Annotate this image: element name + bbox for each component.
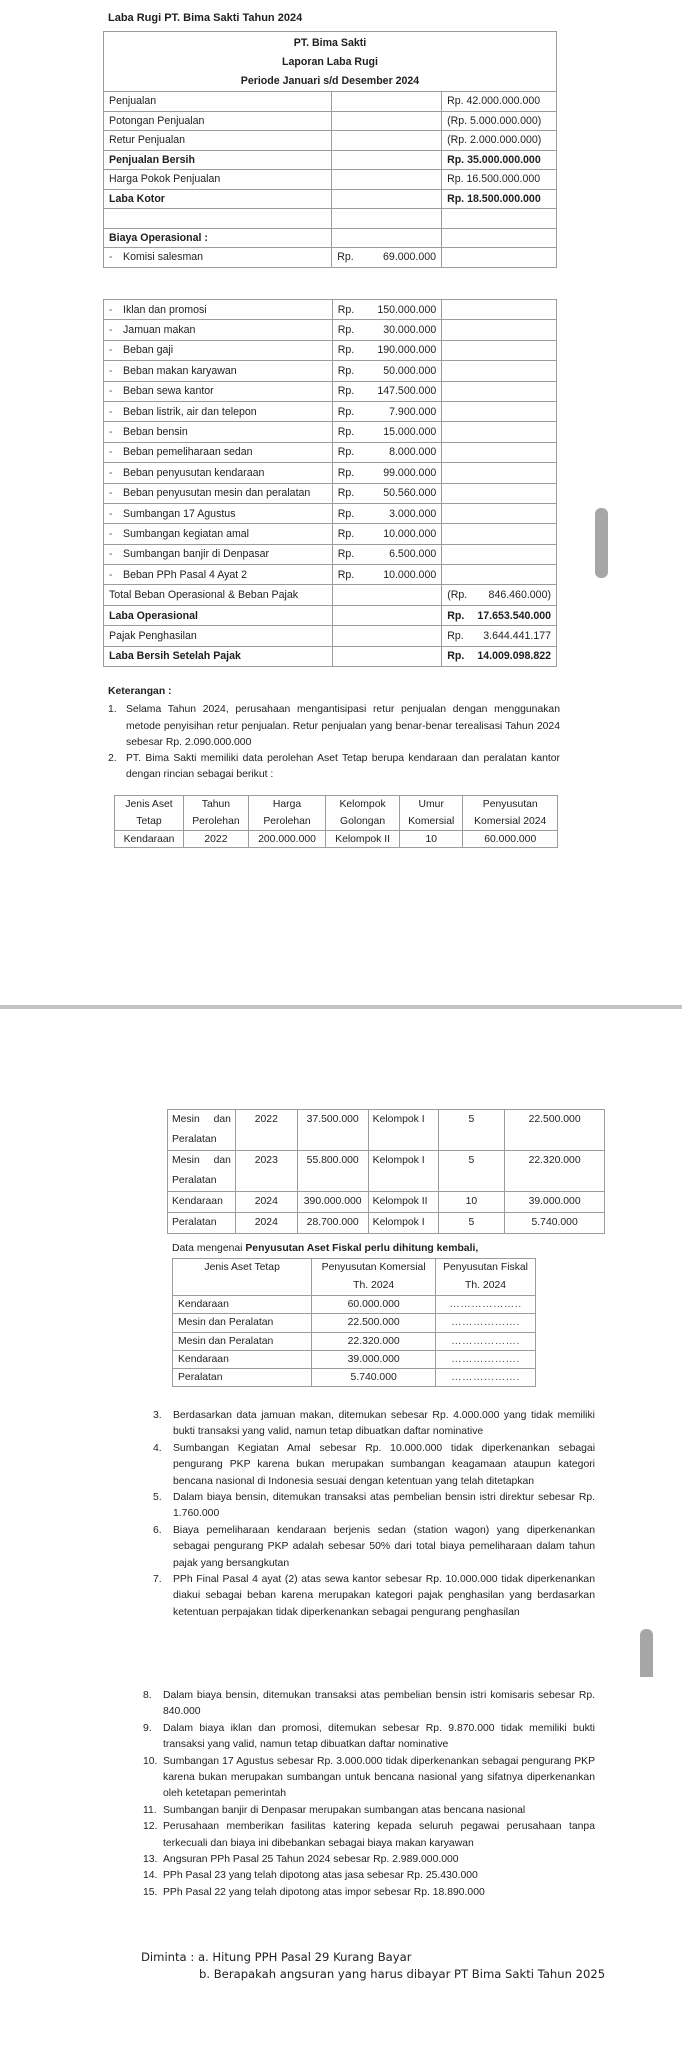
amount: Rp.14.009.098.822 <box>447 650 551 662</box>
income-statement-table: PT. Bima Sakti Laporan Laba Rugi Periode… <box>103 31 557 268</box>
column-header: Jenis AsetTetap <box>115 796 184 831</box>
amount-cell: Rp.150.000.000 <box>332 300 442 320</box>
amount: Rp.10.000.000 <box>338 528 437 540</box>
asset-header-row: Jenis AsetTetapTahunPerolehanHargaPerole… <box>115 796 558 831</box>
amount: Rp.8.000.000 <box>338 446 437 458</box>
note-item: 7.PPh Final Pasal 4 ayat (2) atas sewa k… <box>153 1572 595 1621</box>
row-label <box>104 209 332 229</box>
row-label: -Beban penyusutan kendaraan <box>104 463 333 483</box>
row-label-text: Beban PPh Pasal 4 Ayat 2 <box>123 569 247 581</box>
amount-cell: Rp.69.000.000 <box>332 248 442 268</box>
expense-row: -Beban penyusutan kendaraanRp.99.000.000 <box>104 463 557 483</box>
row-label-text: Komisi salesman <box>123 251 203 263</box>
note-item: 15.PPh Pasal 22 yang telah dipotong atas… <box>143 1885 595 1901</box>
currency-label: Rp. <box>338 426 355 438</box>
column-header: UmurKomersial <box>399 796 462 831</box>
currency-label: Rp. <box>338 446 355 458</box>
asset-cell: 55.800.000 <box>297 1151 368 1192</box>
word: dan <box>214 1151 231 1171</box>
asset-cell: 2022 <box>235 1110 297 1151</box>
statement-row: -Komisi salesmanRp.69.000.000 <box>104 248 557 268</box>
note-number: 7. <box>153 1572 162 1588</box>
amount: Rp.3.000.000 <box>338 508 437 520</box>
empty-cell <box>332 209 442 229</box>
amount-cell: Rp. 18.500.000.000 <box>442 189 557 209</box>
currency-label: Rp. <box>338 344 355 356</box>
row-label-text: Beban pemeliharaan sedan <box>123 446 253 458</box>
amount-value: 7.900.000 <box>389 406 436 418</box>
amount-cell: Rp.50.000.000 <box>332 361 442 381</box>
dash-icon: - <box>109 385 123 397</box>
asset-type: Kendaraan <box>173 1296 312 1314</box>
asset-type-line: Peralatan <box>172 1130 231 1150</box>
amount-value: 3.644.441.177 <box>483 630 551 642</box>
row-label-text: Sumbangan banjir di Denpasar <box>123 548 269 560</box>
amount-value: 10.000.000 <box>383 528 436 540</box>
scrollbar-thumb[interactable] <box>595 508 608 578</box>
note-item: 5.Dalam biaya bensin, ditemukan transaks… <box>153 1490 595 1523</box>
amount-cell: (Rp.846.460.000) <box>442 585 557 605</box>
amount-value: 6.500.000 <box>389 548 436 560</box>
expense-row: -Beban sewa kantorRp.147.500.000 <box>104 381 557 401</box>
empty-cell <box>332 626 442 646</box>
document-title: Laba Rugi PT. Bima Sakti Tahun 2024 <box>108 12 302 24</box>
header-line: Tahun <box>187 796 245 813</box>
header-line: Tetap <box>118 813 180 830</box>
amount: Rp.50.560.000 <box>338 487 437 499</box>
amount: Rp.6.500.000 <box>338 548 437 560</box>
note-number: 6. <box>153 1523 162 1539</box>
row-label-text: Penjualan <box>109 95 156 107</box>
asset-cell: Kelompok II <box>326 831 400 848</box>
row-label: -Beban pemeliharaan sedan <box>104 442 333 462</box>
dash-icon: - <box>109 508 123 520</box>
row-label: -Sumbangan kegiatan amal <box>104 524 333 544</box>
row-label: Pajak Penghasilan <box>104 626 333 646</box>
commercial-depreciation: 39.000.000 <box>312 1350 436 1368</box>
fiscal-header-row: Jenis Aset TetapPenyusutan KomersialTh. … <box>173 1259 536 1296</box>
note-item: 8.Dalam biaya bensin, ditemukan transaks… <box>143 1688 595 1721</box>
row-label-text: Pajak Penghasilan <box>109 630 197 642</box>
row-label: -Beban makan karyawan <box>104 361 333 381</box>
asset-type-cell: Kendaraan <box>168 1192 236 1213</box>
amount-value: 150.000.000 <box>377 304 436 316</box>
asset-row: Kendaraan2022200.000.000Kelompok II1060.… <box>115 831 558 848</box>
column-header: Penyusutan FiskalTh. 2024 <box>436 1259 536 1296</box>
currency-label: Rp. <box>338 304 355 316</box>
statement-row: PenjualanRp. 42.000.000.000 <box>104 92 557 112</box>
row-label: Laba Kotor <box>104 189 332 209</box>
row-label: -Komisi salesman <box>104 248 332 268</box>
asset-cell: 5 <box>438 1213 505 1234</box>
row-label-text: Beban sewa kantor <box>123 385 214 397</box>
currency-label: Rp. <box>447 630 464 642</box>
company-name: PT. Bima Sakti <box>109 34 551 53</box>
row-label: -Sumbangan banjir di Denpasar <box>104 544 333 564</box>
row-label-text: Potongan Penjualan <box>109 115 204 127</box>
row-label-text: Laba Bersih Setelah Pajak <box>109 650 241 662</box>
amount-cell: (Rp. 5.000.000.000) <box>442 111 557 131</box>
currency-label: Rp. <box>338 406 355 418</box>
row-label-text: Penjualan Bersih <box>109 154 195 166</box>
asset-cell: 390.000.000 <box>297 1192 368 1213</box>
amount-value: 8.000.000 <box>389 446 436 458</box>
amount: Rp.10.000.000 <box>338 569 437 581</box>
statement-header: PT. Bima Sakti Laporan Laba Rugi Periode… <box>104 32 557 92</box>
row-label-text: Laba Kotor <box>109 193 165 205</box>
note-text: Dalam biaya iklan dan promosi, ditemukan… <box>163 1723 595 1750</box>
currency-label: Rp. <box>338 569 355 581</box>
asset-row: Peralatan202428.700.000Kelompok I55.740.… <box>168 1213 605 1234</box>
fixed-asset-table-continued: MesindanPeralatan202237.500.000Kelompok … <box>167 1109 605 1234</box>
asset-type-cell: MesindanPeralatan <box>168 1110 236 1151</box>
note-text: Sumbangan Kegiatan Amal sebesar Rp. 10.0… <box>173 1443 595 1487</box>
empty-cell <box>442 463 557 483</box>
note-item: 9.Dalam biaya iklan dan promosi, ditemuk… <box>143 1721 595 1754</box>
note-number: 5. <box>153 1490 162 1506</box>
dash-icon: - <box>109 344 123 356</box>
asset-type-line: Mesindan <box>172 1110 231 1130</box>
asset-type-line: Mesindan <box>172 1151 231 1171</box>
header-line: Penyusutan Komersial <box>317 1259 430 1277</box>
row-label-text: Sumbangan kegiatan amal <box>123 528 249 540</box>
note-number: 12. <box>143 1819 157 1835</box>
row-label: -Sumbangan 17 Agustus <box>104 503 333 523</box>
empty-cell <box>442 524 557 544</box>
amount-cell: Rp.3.644.441.177 <box>442 626 557 646</box>
currency-label: Rp. <box>447 650 464 662</box>
note-number: 13. <box>143 1852 157 1868</box>
report-name: Laporan Laba Rugi <box>109 53 551 72</box>
currency-label: Rp. <box>338 508 355 520</box>
notes-list-final: 8.Dalam biaya bensin, ditemukan transaks… <box>143 1688 595 1901</box>
note-number: 11. <box>143 1803 157 1819</box>
asset-cell: 60.000.000 <box>463 831 558 848</box>
note-item: 2.PT. Bima Sakti memiliki data perolehan… <box>108 751 560 784</box>
fiscal-depreciation-table: Jenis Aset TetapPenyusutan KomersialTh. … <box>172 1258 536 1387</box>
empty-cell <box>442 565 557 585</box>
amount: Rp.190.000.000 <box>338 344 437 356</box>
note-text: Perusahaan memberikan fasilitas katering… <box>163 1821 595 1848</box>
header-line: Komersial 2024 <box>466 813 554 830</box>
asset-type: Peralatan <box>173 1369 312 1387</box>
page-separator <box>0 1005 682 1009</box>
amount: Rp.99.000.000 <box>338 467 437 479</box>
row-label-text: Total Beban Operasional & Beban Pajak <box>109 589 298 601</box>
header-line: Perolehan <box>252 813 322 830</box>
empty-cell <box>442 300 557 320</box>
report-period: Periode Januari s/d Desember 2024 <box>109 72 551 91</box>
amount-cell <box>442 248 557 268</box>
amount-value: 17.653.540.000 <box>477 610 551 622</box>
column-header: Jenis Aset Tetap <box>173 1259 312 1296</box>
fixed-asset-table: Jenis AsetTetapTahunPerolehanHargaPerole… <box>114 795 558 848</box>
amount-value: 190.000.000 <box>377 344 436 356</box>
column-header: KelompokGolongan <box>326 796 400 831</box>
asset-type: Mesin dan Peralatan <box>173 1314 312 1332</box>
note-number: 14. <box>143 1868 157 1884</box>
row-label: Laba Bersih Setelah Pajak <box>104 646 333 666</box>
note-item: 3.Berdasarkan data jamuan makan, ditemuk… <box>153 1408 595 1441</box>
fiscal-row: Kendaraan39.000.000………………. <box>173 1350 536 1368</box>
header-line: Penyusutan <box>466 796 554 813</box>
row-label: Total Beban Operasional & Beban Pajak <box>104 585 333 605</box>
empty-cell <box>442 381 557 401</box>
empty-cell <box>332 189 442 209</box>
column-header: TahunPerolehan <box>184 796 249 831</box>
dash-icon: - <box>109 467 123 479</box>
amount-cell: Rp.10.000.000 <box>332 565 442 585</box>
amount-value: 147.500.000 <box>377 385 436 397</box>
row-label: -Beban PPh Pasal 4 Ayat 2 <box>104 565 333 585</box>
word: Mesin <box>172 1110 200 1130</box>
note-text: PPh Pasal 22 yang telah dipotong atas im… <box>163 1887 485 1898</box>
dash-icon: - <box>109 365 123 377</box>
commercial-depreciation: 22.320.000 <box>312 1332 436 1350</box>
row-label: -Beban gaji <box>104 340 333 360</box>
row-label-text: Harga Pokok Penjualan <box>109 173 220 185</box>
empty-cell <box>332 170 442 190</box>
currency-label: Rp. <box>338 467 355 479</box>
asset-type: Kendaraan <box>173 1350 312 1368</box>
asset-type-line: Peralatan <box>172 1171 231 1191</box>
empty-cell <box>332 131 442 151</box>
amount-value: 846.460.000) <box>489 589 551 601</box>
asset-row: MesindanPeralatan202237.500.000Kelompok … <box>168 1110 605 1151</box>
amount: Rp.50.000.000 <box>338 365 437 377</box>
statement-row: Laba KotorRp. 18.500.000.000 <box>104 189 557 209</box>
header-line: Th. 2024 <box>317 1277 430 1295</box>
word: Mesin <box>172 1151 200 1171</box>
empty-cell <box>442 361 557 381</box>
asset-cell: 5 <box>438 1151 505 1192</box>
amount: Rp.17.653.540.000 <box>447 610 551 622</box>
asset-cell: 2022 <box>184 831 249 848</box>
statement-row: Biaya Operasional : <box>104 228 557 248</box>
word: dan <box>214 1110 231 1130</box>
note-item: 12.Perusahaan memberikan fasilitas kater… <box>143 1819 595 1852</box>
expense-row: -Beban penyusutan mesin dan peralatanRp.… <box>104 483 557 503</box>
amount-value: 50.560.000 <box>383 487 436 499</box>
expense-row: -Iklan dan promosiRp.150.000.000 <box>104 300 557 320</box>
asset-cell: Kelompok I <box>368 1110 438 1151</box>
expense-row: -Jamuan makanRp.30.000.000 <box>104 320 557 340</box>
statement-row: Potongan Penjualan(Rp. 5.000.000.000) <box>104 111 557 131</box>
header-line: Jenis Aset Tetap <box>178 1259 306 1277</box>
asset-row: MesindanPeralatan202355.800.000Kelompok … <box>168 1151 605 1192</box>
row-label-text: Beban bensin <box>123 426 188 438</box>
asset-cell: 10 <box>399 831 462 848</box>
currency-label: Rp. <box>338 528 355 540</box>
empty-cell <box>332 646 442 666</box>
note-number: 2. <box>108 751 117 767</box>
amount: Rp.147.500.000 <box>338 385 437 397</box>
amount-value: 14.009.098.822 <box>477 650 551 662</box>
currency-label: (Rp. <box>447 589 467 601</box>
amount-cell: Rp.8.000.000 <box>332 442 442 462</box>
amount-cell: Rp.190.000.000 <box>332 340 442 360</box>
header-line: Golongan <box>329 813 396 830</box>
task-a: Diminta : a. Hitung PPH Pasal 29 Kurang … <box>141 1949 605 1966</box>
row-label-text: Retur Penjualan <box>109 134 185 146</box>
amount: Rp.150.000.000 <box>338 304 437 316</box>
expense-row: -Beban PPh Pasal 4 Ayat 2Rp.10.000.000 <box>104 565 557 585</box>
header-line: Harga <box>252 796 322 813</box>
task-b: b. Berapakah angsuran yang harus dibayar… <box>141 1966 605 1983</box>
dash-icon: - <box>109 569 123 581</box>
note-number: 9. <box>143 1721 152 1737</box>
row-label: Penjualan Bersih <box>104 150 332 170</box>
row-label-text: Beban listrik, air dan telepon <box>123 406 257 418</box>
statement-row <box>104 209 557 229</box>
currency-label: Rp. <box>338 548 355 560</box>
amount: Rp.69.000.000 <box>337 251 436 263</box>
fiscal-row: Peralatan5.740.000………………. <box>173 1369 536 1387</box>
dash-icon: - <box>109 426 123 438</box>
dash-icon: - <box>109 304 123 316</box>
dash-icon: - <box>109 406 123 418</box>
note-number: 10. <box>143 1754 157 1770</box>
note-item: 1.Selama Tahun 2024, perusahaan menganti… <box>108 702 560 751</box>
amount-value: 69.000.000 <box>383 251 436 263</box>
notes-list-continued: 3.Berdasarkan data jamuan makan, ditemuk… <box>153 1408 595 1621</box>
fiscal-depreciation-caption: Data mengenai Penyusutan Aset Fiskal per… <box>172 1243 478 1254</box>
amount-cell: Rp.14.009.098.822 <box>442 646 557 666</box>
amount-cell: Rp.147.500.000 <box>332 381 442 401</box>
header-line: Perolehan <box>187 813 245 830</box>
note-item: 10.Sumbangan 17 Agustus sebesar Rp. 3.00… <box>143 1754 595 1803</box>
header-line: Komersial <box>403 813 459 830</box>
row-label: Retur Penjualan <box>104 131 332 151</box>
currency-label: Rp. <box>337 251 354 263</box>
summary-row: Laba Bersih Setelah PajakRp.14.009.098.8… <box>104 646 557 666</box>
header-line: Umur <box>403 796 459 813</box>
asset-cell: 5 <box>438 1110 505 1151</box>
empty-cell <box>442 442 557 462</box>
amount-cell: Rp.99.000.000 <box>332 463 442 483</box>
amount-value: 50.000.000 <box>383 365 436 377</box>
empty-cell <box>442 503 557 523</box>
dash-icon: - <box>109 528 123 540</box>
summary-row: Total Beban Operasional & Beban Pajak(Rp… <box>104 585 557 605</box>
row-label: Penjualan <box>104 92 332 112</box>
asset-cell: 5.740.000 <box>505 1213 605 1234</box>
notes-list: 1.Selama Tahun 2024, perusahaan menganti… <box>108 702 560 783</box>
row-label: Harga Pokok Penjualan <box>104 170 332 190</box>
expense-row: -Sumbangan 17 AgustusRp.3.000.000 <box>104 503 557 523</box>
amount-cell: Rp.6.500.000 <box>332 544 442 564</box>
row-label-text: Laba Operasional <box>109 610 198 622</box>
expense-row: -Sumbangan banjir di DenpasarRp.6.500.00… <box>104 544 557 564</box>
asset-cell: 2024 <box>235 1213 297 1234</box>
asset-cell: 10 <box>438 1192 505 1213</box>
asset-cell: Kendaraan <box>115 831 184 848</box>
header-line: Th. 2024 <box>441 1277 530 1295</box>
fiscal-depreciation-blank: ………………. <box>436 1350 536 1368</box>
empty-cell <box>442 544 557 564</box>
dash-icon: - <box>109 324 123 336</box>
asset-type-cell: Peralatan <box>168 1213 236 1234</box>
currency-label: Rp. <box>338 365 355 377</box>
note-text: Sumbangan banjir di Denpasar merupakan s… <box>163 1805 525 1816</box>
note-text: PPh Final Pasal 4 ayat (2) atas sewa kan… <box>173 1574 595 1618</box>
amount: (Rp.846.460.000) <box>447 589 551 601</box>
asset-cell: Kelompok I <box>368 1151 438 1192</box>
statement-row: Harga Pokok PenjualanRp. 16.500.000.000 <box>104 170 557 190</box>
row-label-text: Beban penyusutan kendaraan <box>123 467 264 479</box>
currency-label: Rp. <box>338 324 355 336</box>
row-label-text: Sumbangan 17 Agustus <box>123 508 236 520</box>
asset-cell: 2023 <box>235 1151 297 1192</box>
asset-cell: Kelompok I <box>368 1213 438 1234</box>
fiscal-depreciation-blank: ………………. <box>436 1314 536 1332</box>
empty-cell <box>442 340 557 360</box>
summary-row: Laba OperasionalRp.17.653.540.000 <box>104 605 557 625</box>
asset-cell: 28.700.000 <box>297 1213 368 1234</box>
note-number: 1. <box>108 702 117 718</box>
statement-row: Retur Penjualan(Rp. 2.000.000.000) <box>104 131 557 151</box>
amount-cell: Rp. 35.000.000.000 <box>442 150 557 170</box>
amount-cell: Rp. 42.000.000.000 <box>442 92 557 112</box>
note-item: 11.Sumbangan banjir di Denpasar merupaka… <box>143 1803 595 1819</box>
fiscal-depreciation-blank: ……………….. <box>436 1296 536 1314</box>
dash-icon: - <box>109 548 123 560</box>
row-label: -Beban sewa kantor <box>104 381 333 401</box>
note-text: Berdasarkan data jamuan makan, ditemukan… <box>173 1410 595 1437</box>
header-line: Jenis Aset <box>118 796 180 813</box>
note-text: Selama Tahun 2024, perusahaan mengantisi… <box>126 704 560 748</box>
expense-row: -Beban gajiRp.190.000.000 <box>104 340 557 360</box>
row-label-text: Beban penyusutan mesin dan peralatan <box>123 487 310 499</box>
amount-cell: Rp.7.900.000 <box>332 401 442 421</box>
row-label: -Beban penyusutan mesin dan peralatan <box>104 483 333 503</box>
note-text: Sumbangan 17 Agustus sebesar Rp. 3.000.0… <box>163 1756 595 1800</box>
scrollbar-thumb-lower[interactable] <box>640 1629 653 1677</box>
row-label-text: Beban gaji <box>123 344 173 356</box>
row-label: -Iklan dan promosi <box>104 300 333 320</box>
fiscal-depreciation-blank: ………………. <box>436 1332 536 1350</box>
expense-row: -Beban listrik, air dan teleponRp.7.900.… <box>104 401 557 421</box>
asset-cell: 22.320.000 <box>505 1151 605 1192</box>
operating-expense-table: -Iklan dan promosiRp.150.000.000-Jamuan … <box>103 299 557 667</box>
currency-label: Rp. <box>338 487 355 499</box>
expense-row: -Beban pemeliharaan sedanRp.8.000.000 <box>104 442 557 462</box>
summary-row: Pajak PenghasilanRp.3.644.441.177 <box>104 626 557 646</box>
dash-icon: - <box>109 251 123 263</box>
expense-row: -Sumbangan kegiatan amalRp.10.000.000 <box>104 524 557 544</box>
row-label: Laba Operasional <box>104 605 333 625</box>
empty-cell <box>332 585 442 605</box>
amount-value: 15.000.000 <box>383 426 436 438</box>
note-item: 4.Sumbangan Kegiatan Amal sebesar Rp. 10… <box>153 1441 595 1490</box>
amount: Rp.7.900.000 <box>338 406 437 418</box>
asset-row: Kendaraan2024390.000.000Kelompok II1039.… <box>168 1192 605 1213</box>
row-label: Biaya Operasional : <box>104 228 332 248</box>
note-text: PT. Bima Sakti memiliki data perolehan A… <box>126 753 560 780</box>
dash-icon: - <box>109 446 123 458</box>
note-text: Dalam biaya bensin, ditemukan transaksi … <box>163 1690 595 1717</box>
note-number: 4. <box>153 1441 162 1457</box>
empty-cell <box>332 228 442 248</box>
statement-row: Penjualan BersihRp. 35.000.000.000 <box>104 150 557 170</box>
empty-cell <box>442 422 557 442</box>
statement-header-row: PT. Bima Sakti Laporan Laba Rugi Periode… <box>104 32 557 92</box>
notes-section: Keterangan : 1.Selama Tahun 2024, perusa… <box>108 684 560 784</box>
note-text: PPh Pasal 23 yang telah dipotong atas ja… <box>163 1870 478 1881</box>
header-line: Penyusutan Fiskal <box>441 1259 530 1277</box>
dash-icon: - <box>109 487 123 499</box>
row-label: -Beban bensin <box>104 422 333 442</box>
